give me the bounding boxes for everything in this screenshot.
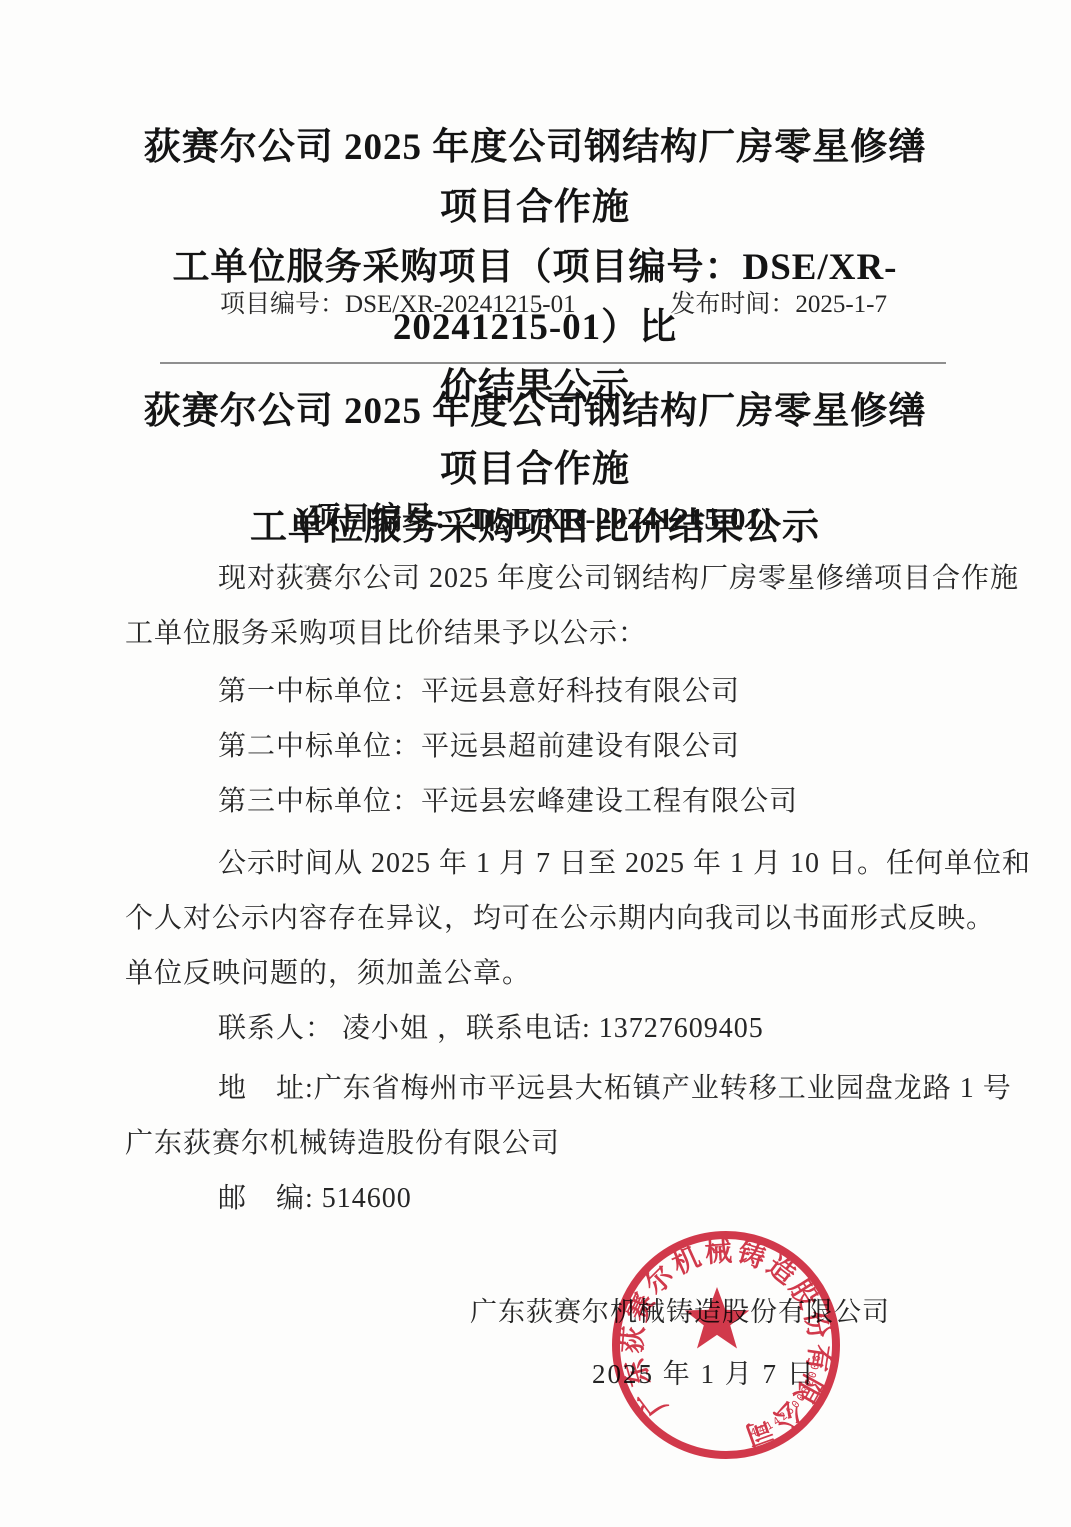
document-title: 荻赛尔公司 2025 年度公司钢结构厂房零星修缮项目合作施 工单位服务采购项目（… <box>125 118 945 418</box>
notice-line-1: 公示时间从 2025 年 1 月 7 日至 2025 年 1 月 10 日。任何… <box>125 845 1038 883</box>
intro-line-1: 现对荻赛尔公司 2025 年度公司钢结构厂房零星修缮项目合作施 <box>125 560 1038 598</box>
document-page: 荻赛尔公司 2025 年度公司钢结构厂房零星修缮项目合作施 工单位服务采购项目（… <box>0 0 1071 1527</box>
contact-line: 联系人： 凌小姐 ，联系电话: 13727609405 <box>125 1010 1038 1048</box>
publish-date-value: 2025-1-7 <box>795 291 887 318</box>
project-number-label: 项目编号： <box>220 291 345 318</box>
notice-line-2: 个人对公示内容存在异议，均可在公示期内向我司以书面形式反映。 <box>125 900 945 938</box>
publish-date-label: 发布时间： <box>670 291 795 318</box>
address-line-2: 广东荻赛尔机械铸造股份有限公司 <box>125 1125 945 1163</box>
winner-first: 第一中标单位：平远县意好科技有限公司 <box>125 673 1038 711</box>
notice-line-3: 单位反映问题的，须加盖公章。 <box>125 955 945 993</box>
title-line-1: 荻赛尔公司 2025 年度公司钢结构厂房零星修缮项目合作施 <box>125 118 945 238</box>
horizontal-divider <box>160 362 946 364</box>
publish-date: 发布时间：2025-1-7 <box>670 288 887 322</box>
project-number: 项目编号：DSE/XR-20241215-01 <box>220 288 576 322</box>
meta-row: 项目编号：DSE/XR-20241215-01 发布时间：2025-1-7 <box>125 288 945 322</box>
heading-line-1: 荻赛尔公司 2025 年度公司钢结构厂房零星修缮项目合作施 <box>125 383 945 499</box>
intro-line-2: 工单位服务采购项目比价结果予以公示： <box>125 615 945 653</box>
winner-third: 第三中标单位：平远县宏峰建设工程有限公司 <box>125 783 1038 821</box>
project-number-subheading: (项目编号： DSE/XR-20241215-01) <box>125 499 945 539</box>
address-line-1: 地 址:广东省梅州市平远县大柘镇产业转移工业园盘龙路 1 号 <box>125 1070 1038 1108</box>
seal-star-icon <box>685 1287 750 1349</box>
postcode-line: 邮 编: 514600 <box>125 1180 1038 1218</box>
winner-second: 第二中标单位：平远县超前建设有限公司 <box>125 728 1038 766</box>
seal-company-arc-text: 广东荻赛尔机械铸造股份有限公司 <box>603 1222 849 1468</box>
company-seal-stamp: 广东荻赛尔机械铸造股份有限公司 4414260082006 <box>603 1222 849 1468</box>
project-number-value: DSE/XR-20241215-01 <box>345 291 576 318</box>
